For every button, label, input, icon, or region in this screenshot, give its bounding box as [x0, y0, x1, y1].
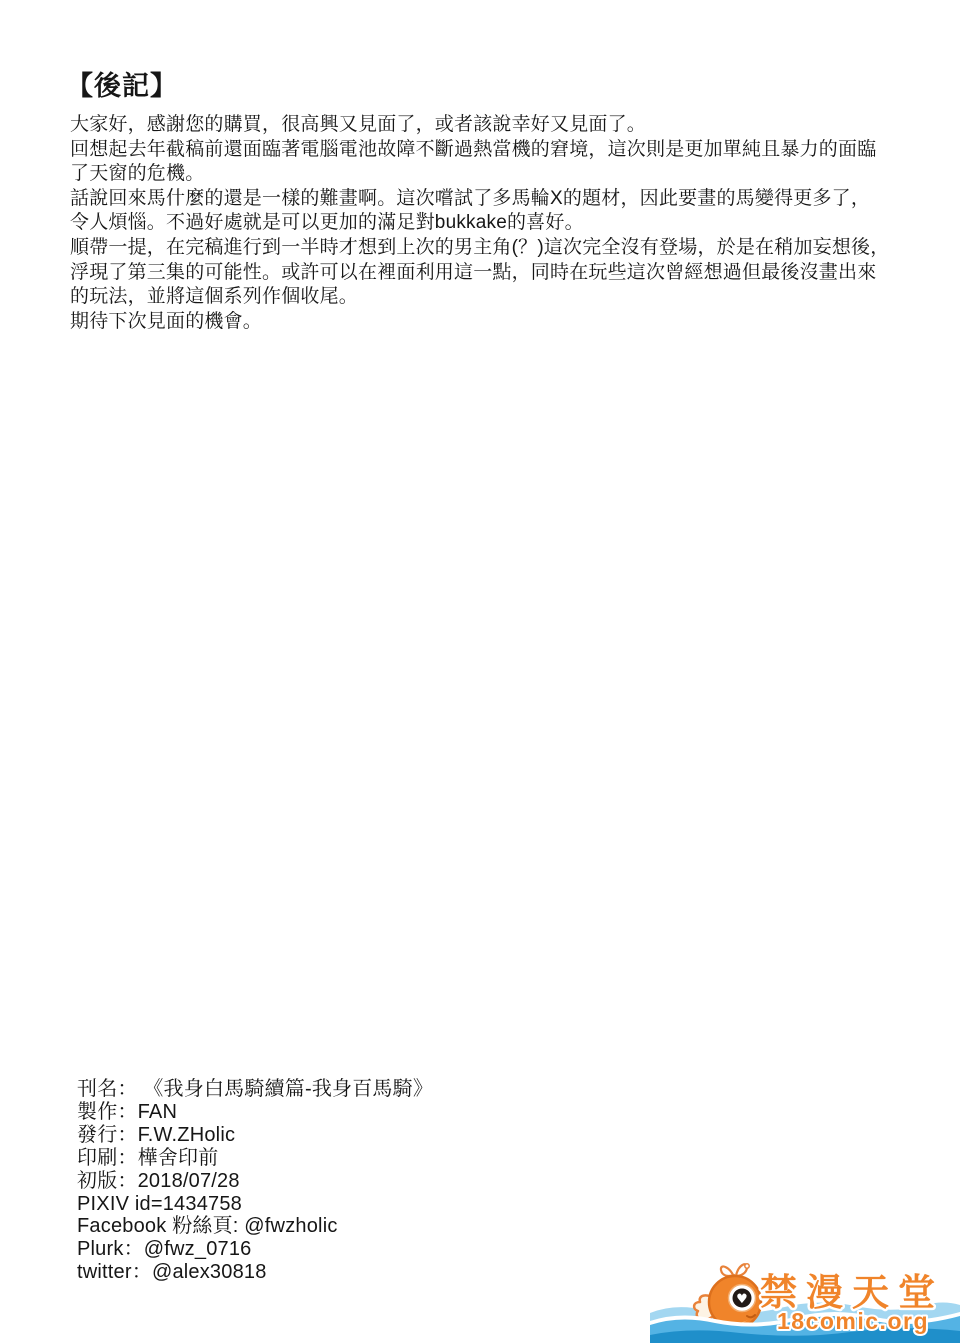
afterword-line: 話說回來馬什麼的還是一樣的難畫啊。這次嚐試了多馬輪X的題材，因此要畫的馬變得更多…: [70, 187, 889, 212]
colophon-line: Plurk：@fwz_0716: [77, 1238, 433, 1261]
scanned-page: 【後記】 大家好，感謝您的購買，很高興又見面了，或者該說幸好又見面了。回想起去年…: [0, 0, 960, 1343]
watermark-graphic: ♥ 禁漫天堂 18comic.org: [650, 1253, 960, 1343]
afterword-line: 令人煩惱。不過好處就是可以更加的滿足對bukkake的喜好。: [70, 211, 889, 236]
colophon-line: PIXIV id=1434758: [77, 1193, 433, 1216]
colophon-line: 發行：F.W.ZHolic: [77, 1124, 433, 1147]
afterword-line: 回想起去年截稿前還面臨著電腦電池故障不斷過熱當機的窘境，這次則是更加單純且暴力的…: [70, 138, 889, 163]
afterword-line: 期待下次見面的機會。: [70, 310, 889, 335]
colophon-line: Facebook 粉絲頁: @fwzholic: [77, 1215, 433, 1238]
colophon-line: 初版：2018/07/28: [77, 1170, 433, 1193]
heart-icon: ♥: [736, 1292, 748, 1307]
afterword-line: 的玩法，並將這個系列作個收尾。: [70, 285, 889, 310]
site-watermark: ♥ 禁漫天堂 18comic.org: [650, 1253, 960, 1343]
afterword-line: 順帶一提，在完稿進行到一半時才想到上次的男主角(？)這次完全沒有登場，於是在稍加…: [70, 236, 889, 261]
colophon-line: 印刷：樺舍印前: [77, 1147, 433, 1170]
afterword-line: 了天窗的危機。: [70, 162, 889, 187]
afterword-title: 【後記】: [66, 64, 178, 103]
colophon-line: 刊名： 《我身白馬騎續篇-我身百馬騎》: [77, 1078, 433, 1101]
colophon-line: 製作：FAN: [77, 1101, 433, 1124]
colophon-line: twitter：@alex30818: [77, 1261, 433, 1284]
colophon: 刊名： 《我身白馬騎續篇-我身百馬騎》製作：FAN發行：F.W.ZHolic印刷…: [77, 1078, 433, 1284]
afterword-line: 浮現了第三集的可能性。或許可以在裡面利用這一點，同時在玩些這次曾經想過但最後沒畫…: [70, 261, 889, 286]
fish-sprout-tip: [745, 1264, 749, 1268]
afterword-line: 大家好，感謝您的購買，很高興又見面了，或者該說幸好又見面了。: [70, 113, 889, 138]
afterword-body: 大家好，感謝您的購買，很高興又見面了，或者該說幸好又見面了。回想起去年截稿前還面…: [70, 113, 889, 334]
watermark-site-url: 18comic.org: [777, 1308, 929, 1334]
watermark-site-name: 禁漫天堂: [760, 1272, 944, 1313]
